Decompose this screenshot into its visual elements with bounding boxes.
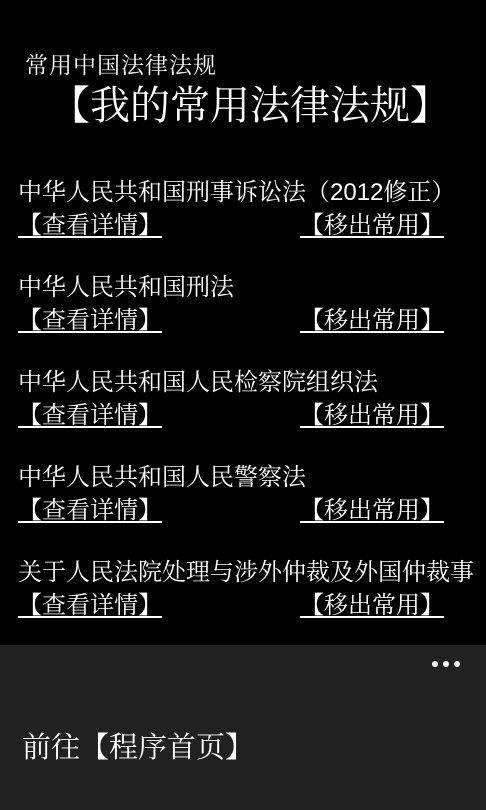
ellipsis-dot (454, 661, 460, 667)
law-item: 关于人民法院处理与涉外仲裁及外国仲裁事 【查看详情】 【移出常用】 (0, 557, 486, 622)
law-item: 中华人民共和国刑法 【查看详情】 【移出常用】 (0, 272, 486, 337)
law-item: 中华人民共和国人民检察院组织法 【查看详情】 【移出常用】 (0, 367, 486, 432)
view-details-link[interactable]: 【查看详情】 (18, 399, 162, 432)
law-name: 中华人民共和国刑法 (0, 272, 486, 304)
law-item: 中华人民共和国人民警察法 【查看详情】 【移出常用】 (0, 462, 486, 527)
remove-favorite-link[interactable]: 【移出常用】 (300, 589, 444, 622)
app-title: 常用中国法律法规 (25, 52, 486, 79)
more-ellipsis-icon[interactable] (428, 657, 464, 671)
remove-favorite-link[interactable]: 【移出常用】 (300, 209, 444, 242)
go-home-link[interactable]: 前往【程序首页】 (22, 725, 254, 766)
page-header: 常用中国法律法规 【我的常用法律法规】 (0, 0, 486, 129)
app-bar: 前往【程序首页】 (0, 645, 486, 810)
remove-favorite-link[interactable]: 【移出常用】 (300, 494, 444, 527)
law-name: 中华人民共和国刑事诉讼法（2012修正） (0, 177, 486, 209)
view-details-link[interactable]: 【查看详情】 (18, 209, 162, 242)
law-name: 中华人民共和国人民检察院组织法 (0, 367, 486, 399)
law-links-row: 【查看详情】 【移出常用】 (0, 494, 486, 527)
law-name: 关于人民法院处理与涉外仲裁及外国仲裁事 (0, 557, 486, 589)
law-list: 中华人民共和国刑事诉讼法（2012修正） 【查看详情】 【移出常用】 中华人民共… (0, 177, 486, 622)
ellipsis-dot (432, 661, 438, 667)
law-links-row: 【查看详情】 【移出常用】 (0, 304, 486, 337)
law-name: 中华人民共和国人民警察法 (0, 462, 486, 494)
remove-favorite-link[interactable]: 【移出常用】 (300, 304, 444, 337)
phone-screen: 常用中国法律法规 【我的常用法律法规】 中华人民共和国刑事诉讼法（2012修正）… (0, 0, 486, 810)
ellipsis-dot (443, 661, 449, 667)
view-details-link[interactable]: 【查看详情】 (18, 589, 162, 622)
view-details-link[interactable]: 【查看详情】 (18, 304, 162, 337)
law-item: 中华人民共和国刑事诉讼法（2012修正） 【查看详情】 【移出常用】 (0, 177, 486, 242)
remove-favorite-link[interactable]: 【移出常用】 (300, 399, 444, 432)
view-details-link[interactable]: 【查看详情】 (18, 494, 162, 527)
law-links-row: 【查看详情】 【移出常用】 (0, 209, 486, 242)
page-title: 【我的常用法律法规】 (50, 83, 486, 129)
law-links-row: 【查看详情】 【移出常用】 (0, 589, 486, 622)
law-links-row: 【查看详情】 【移出常用】 (0, 399, 486, 432)
